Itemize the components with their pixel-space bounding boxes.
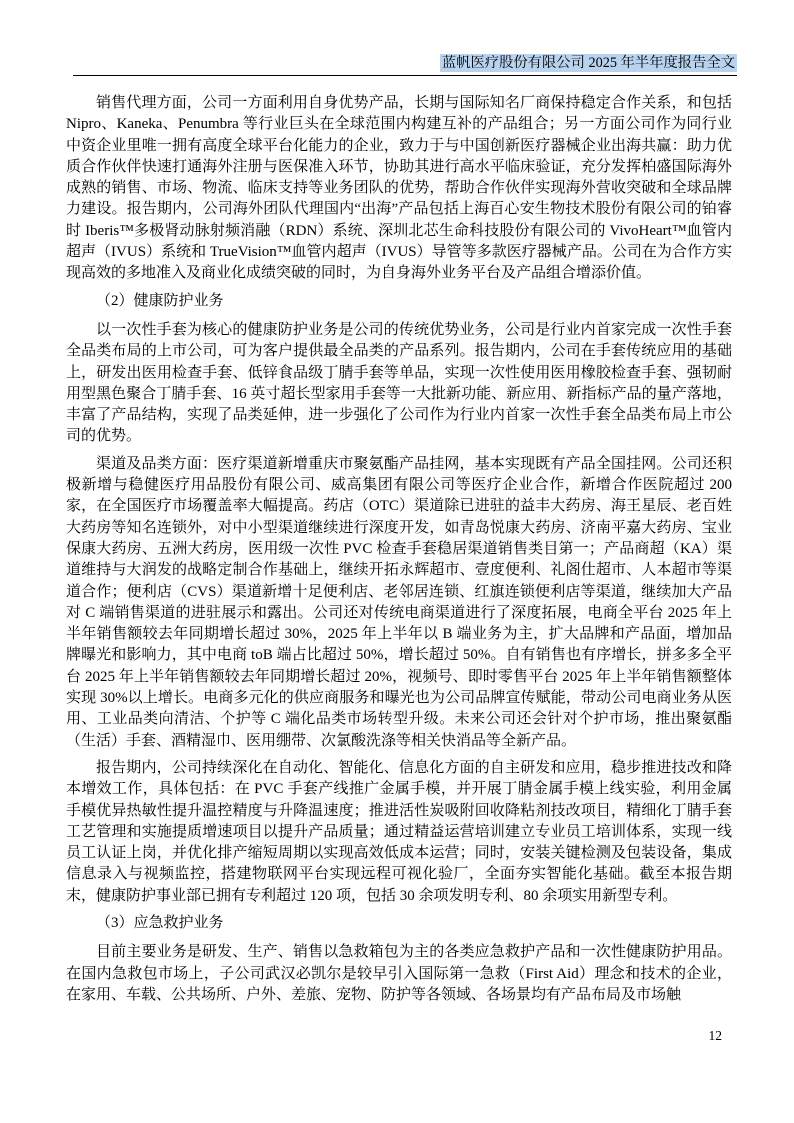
- paragraph-health-protection-overview: 以一次性手套为核心的健康防护业务是公司的传统优势业务，公司是行业内首家完成一次性…: [66, 320, 732, 448]
- report-page: 蓝帆医疗股份有限公司 2025 年半年度报告全文 销售代理方面，公司一方面利用自…: [0, 0, 794, 1123]
- section-heading-health-protection: （2）健康防护业务: [66, 291, 732, 312]
- header-divider: [73, 75, 737, 76]
- report-header-title: 蓝帆医疗股份有限公司 2025 年半年度报告全文: [440, 54, 737, 72]
- page-number: 12: [709, 1028, 723, 1044]
- paragraph-sales-agency: 销售代理方面，公司一方面利用自身优势产品，长期与国际知名厂商保持稳定合作关系，和…: [66, 93, 732, 285]
- report-body: 销售代理方面，公司一方面利用自身优势产品，长期与国际知名厂商保持稳定合作关系，和…: [66, 93, 732, 1006]
- paragraph-automation-improvements: 报告期内，公司持续深化在自动化、智能化、信息化方面的自主研发和应用，稳步推进技改…: [66, 758, 732, 907]
- page-header: 蓝帆医疗股份有限公司 2025 年半年度报告全文: [66, 54, 737, 72]
- paragraph-channels-and-categories: 渠道及品类方面：医疗渠道新增重庆市聚氨酯产品挂网，基本实现既有产品全国挂网。公司…: [66, 454, 732, 752]
- paragraph-emergency-rescue-overview: 目前主要业务是研发、生产、销售以急救箱包为主的各类应急救护产品和一次性健康防护用…: [66, 942, 732, 1006]
- section-heading-emergency-rescue: （3）应急救护业务: [66, 913, 732, 934]
